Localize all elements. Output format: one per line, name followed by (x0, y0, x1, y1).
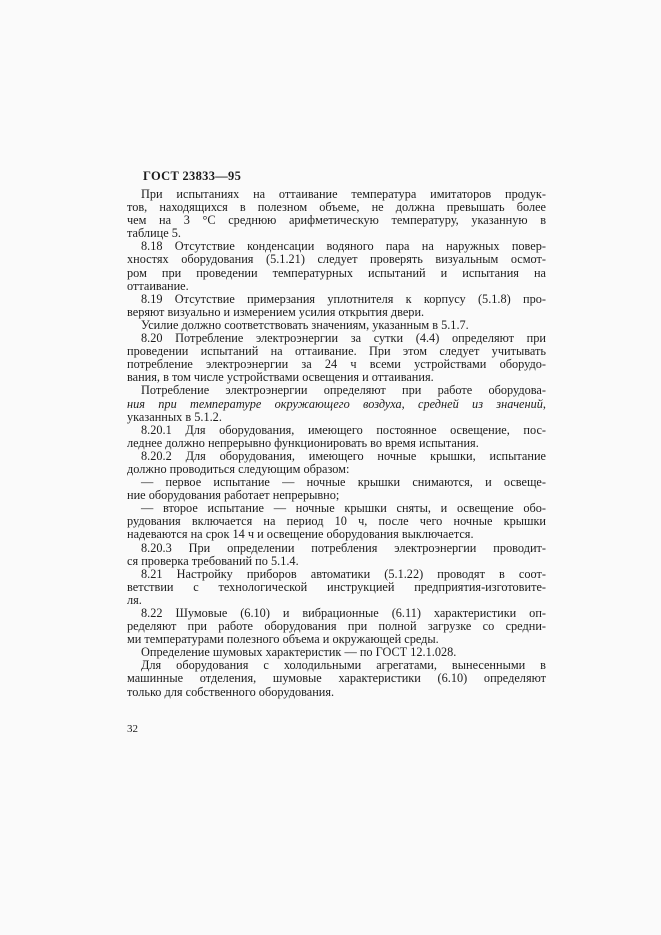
text-segment: ветствии с технологической инструкцией п… (127, 581, 546, 594)
text-line: потребление электроэнергии за 24 ч всеми… (127, 358, 546, 371)
text-segment: надеваются на срок 14 ч и освещение обор… (127, 528, 474, 541)
text-segment: ределяют при работе оборудования при пол… (127, 620, 546, 633)
paragraph: 8.18 Отсутствие конденсации водяного пар… (127, 240, 546, 292)
text-line: веряют визуально и измерением усилия отк… (127, 306, 546, 319)
text-segment: При испытаниях на оттаивание температура… (141, 188, 546, 201)
text-segment: чем на 3 °С среднюю арифметическую темпе… (127, 214, 546, 227)
text-line: оттаивание. (127, 280, 546, 293)
text-line: 8.20.1 Для оборудования, имеющего постоя… (127, 424, 546, 437)
paragraph: 8.20.2 Для оборудования, имеющего ночные… (127, 450, 546, 476)
text-line: — второе испытание — ночные крышки сняты… (127, 502, 546, 515)
text-segment: 8.18 Отсутствие конденсации водяного пар… (141, 240, 546, 253)
text-segment: 8.20.3 При определении потребления элект… (141, 542, 546, 555)
text-line: ветствии с технологической инструкцией п… (127, 581, 546, 594)
paragraph: — второе испытание — ночные крышки сняты… (127, 502, 546, 541)
text-segment: ля. (127, 594, 142, 607)
text-line: Определение шумовых характеристик — по Г… (127, 646, 546, 659)
page-number: 32 (127, 723, 138, 735)
text-line: Усилие должно соответствовать значениям,… (127, 319, 546, 332)
document-body: При испытаниях на оттаивание температура… (127, 188, 546, 699)
text-line: надеваются на срок 14 ч и освещение обор… (127, 528, 546, 541)
text-line: 8.18 Отсутствие конденсации водяного пар… (127, 240, 546, 253)
text-line: тов, находящихся в полезном объеме, не д… (127, 201, 546, 214)
text-segment: машинные отделения, шумовые характеристи… (127, 672, 546, 685)
text-line: Для оборудования с холодильными агрегата… (127, 659, 546, 672)
text-segment: Для оборудования с холодильными агрегата… (141, 659, 546, 672)
text-segment: таблице 5. (127, 227, 181, 240)
text-segment: ми температурами полезного объема и окру… (127, 633, 439, 646)
text-line: таблице 5. (127, 227, 546, 240)
text-segment: Усилие должно соответствовать значениям,… (141, 319, 469, 332)
text-line: машинные отделения, шумовые характеристи… (127, 672, 546, 685)
text-line: 8.19 Отсутствие примерзания уплотнителя … (127, 293, 546, 306)
text-line: ром при проведении температурных испытан… (127, 267, 546, 280)
text-line: вания, в том числе устройствами освещени… (127, 371, 546, 384)
text-segment: только для собственного оборудования. (127, 686, 334, 699)
text-line: ние оборудования работает непрерывно; (127, 489, 546, 502)
text-segment: тов, находящихся в полезном объеме, не д… (127, 201, 546, 214)
paragraph: 8.21 Настройку приборов автоматики (5.1.… (127, 568, 546, 607)
paragraph: 8.20.1 Для оборудования, имеющего постоя… (127, 424, 546, 450)
text-line: ля. (127, 594, 546, 607)
text-segment: должно проводиться следующим образом: (127, 463, 349, 476)
paragraph: Усилие должно соответствовать значениям,… (127, 319, 546, 332)
text-line: — первое испытание — ночные крышки снима… (127, 476, 546, 489)
text-line: рудования включается на период 10 ч, пос… (127, 515, 546, 528)
text-line: 8.22 Шумовые (6.10) и вибрационные (6.11… (127, 607, 546, 620)
text-line: ределяют при работе оборудования при пол… (127, 620, 546, 633)
text-segment: ся проверка требований по 5.1.4. (127, 555, 299, 568)
text-line: проведении испытаний на оттаивание. При … (127, 345, 546, 358)
text-segment: ние оборудования работает непрерывно; (127, 489, 339, 502)
text-line: ся проверка требований по 5.1.4. (127, 555, 546, 568)
text-line: Потребление электроэнергии определяют пр… (127, 384, 546, 397)
text-segment: — первое испытание — ночные крышки снима… (141, 476, 546, 489)
text-segment: вания, в том числе устройствами освещени… (127, 371, 434, 384)
emphasis-text: ния при температуре окружающего воздуха,… (127, 398, 543, 411)
paragraph: Для оборудования с холодильными агрегата… (127, 659, 546, 698)
paragraph: 8.20.3 При определении потребления элект… (127, 542, 546, 568)
paragraph: Потребление электроэнергии определяют пр… (127, 384, 546, 423)
text-segment: рудования включается на период 10 ч, пос… (127, 515, 546, 528)
paragraph: 8.20 Потребление электроэнергии за сутки… (127, 332, 546, 384)
text-line: ния при температуре окружающего воздуха,… (127, 398, 546, 411)
text-segment: 8.20.1 Для оборудования, имеющего постоя… (141, 424, 546, 437)
text-segment: веряют визуально и измерением усилия отк… (127, 306, 424, 319)
text-line: чем на 3 °С среднюю арифметическую темпе… (127, 214, 546, 227)
text-line: 8.20.2 Для оборудования, имеющего ночные… (127, 450, 546, 463)
text-line: При испытаниях на оттаивание температура… (127, 188, 546, 201)
text-segment: 8.19 Отсутствие примерзания уплотнителя … (141, 293, 546, 306)
text-segment: Определение шумовых характеристик — по Г… (141, 646, 456, 659)
paragraph: 8.19 Отсутствие примерзания уплотнителя … (127, 293, 546, 319)
paragraph: 8.22 Шумовые (6.10) и вибрационные (6.11… (127, 607, 546, 646)
text-line: ми температурами полезного объема и окру… (127, 633, 546, 646)
text-segment: леднее должно непрерывно функционировать… (127, 437, 479, 450)
text-segment: 8.21 Настройку приборов автоматики (5.1.… (141, 568, 546, 581)
text-segment: проведении испытаний на оттаивание. При … (127, 345, 546, 358)
text-line: указанных в 5.1.2. (127, 411, 546, 424)
text-segment: 8.20.2 Для оборудования, имеющего ночные… (141, 450, 546, 463)
text-segment: 8.20 Потребление электроэнергии за сутки… (141, 332, 546, 345)
text-segment: ром при проведении температурных испытан… (127, 267, 546, 280)
text-segment: потребление электроэнергии за 24 ч всеми… (127, 358, 546, 371)
text-segment: — второе испытание — ночные крышки сняты… (141, 502, 546, 515)
text-line: 8.20.3 При определении потребления элект… (127, 542, 546, 555)
running-header: ГОСТ 23833—95 (143, 169, 241, 184)
text-segment: Потребление электроэнергии определяют пр… (141, 384, 546, 397)
text-segment: 8.22 Шумовые (6.10) и вибрационные (6.11… (141, 607, 546, 620)
document-page: ГОСТ 23833—95 При испытаниях на оттаиван… (0, 0, 661, 935)
text-line: леднее должно непрерывно функционировать… (127, 437, 546, 450)
text-line: должно проводиться следующим образом: (127, 463, 546, 476)
text-segment: , (543, 398, 546, 411)
text-segment: указанных в 5.1.2. (127, 411, 222, 424)
text-segment: хностях оборудования (5.1.21) следует пр… (127, 253, 546, 266)
text-line: только для собственного оборудования. (127, 686, 546, 699)
paragraph: Определение шумовых характеристик — по Г… (127, 646, 546, 659)
text-segment: оттаивание. (127, 280, 189, 293)
text-line: хностях оборудования (5.1.21) следует пр… (127, 253, 546, 266)
paragraph: При испытаниях на оттаивание температура… (127, 188, 546, 240)
text-line: 8.21 Настройку приборов автоматики (5.1.… (127, 568, 546, 581)
paragraph: — первое испытание — ночные крышки снима… (127, 476, 546, 502)
text-line: 8.20 Потребление электроэнергии за сутки… (127, 332, 546, 345)
